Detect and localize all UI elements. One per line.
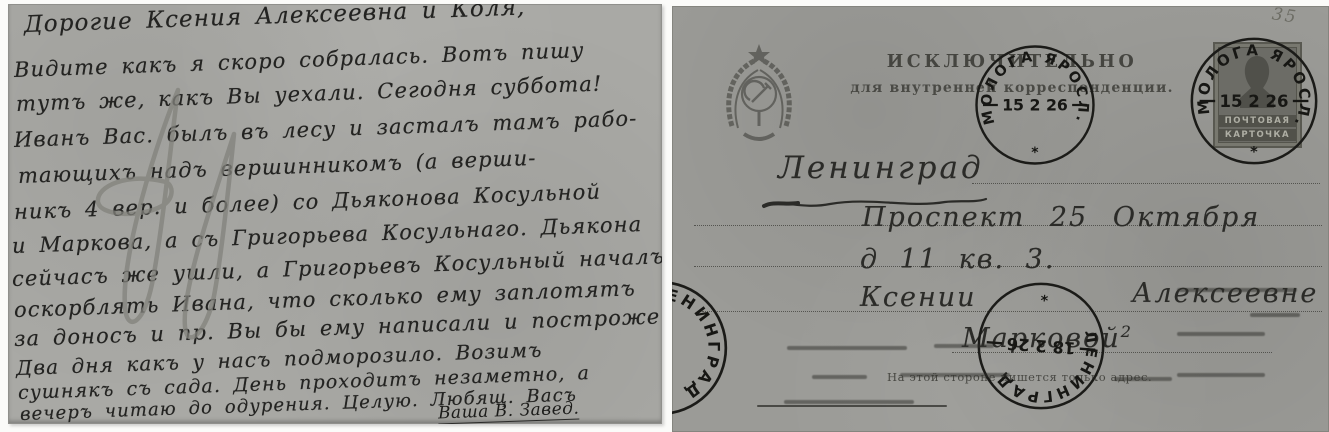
svg-text:*: * xyxy=(1031,145,1038,161)
ink-smudge xyxy=(787,346,907,350)
svg-text:*: * xyxy=(1250,143,1258,160)
scanned-postcard-pair: Дорогие Ксения Алексеевна и Коля, Видите… xyxy=(0,0,1329,432)
address-city: Ленинград xyxy=(778,150,984,186)
ink-smudge xyxy=(1177,288,1297,292)
address-street: Проспект 25 Октября xyxy=(862,202,1260,233)
postmark-leningrad-edge: ЛЕНИНГРАД 18 2 26 xyxy=(672,276,732,420)
ink-smudge xyxy=(1250,313,1300,317)
ussr-coat-of-arms xyxy=(716,42,802,146)
postcard-message-side: Дорогие Ксения Алексеевна и Коля, Видите… xyxy=(8,4,662,424)
letter-line: Дорогие Ксения Алексеевна и Коля, xyxy=(24,4,526,38)
postcard-address-side: ИСКЛЮЧИТЕЛЬНО для внутренней корреспонде… xyxy=(672,6,1329,432)
svg-text:*: * xyxy=(1040,286,1049,304)
ink-smudge xyxy=(1114,377,1172,381)
pencil-corner-number: 35 xyxy=(1271,6,1299,28)
address-rule xyxy=(972,183,1320,184)
ink-smudge xyxy=(757,405,947,407)
ink-smudge xyxy=(784,400,914,404)
ink-smudge xyxy=(812,375,867,379)
ink-smudge xyxy=(1177,373,1265,377)
svg-text:18 2 26: 18 2 26 xyxy=(1006,334,1076,358)
pencil-scribble-mark xyxy=(48,74,268,354)
recipient-first-name: Ксении xyxy=(860,282,977,313)
ink-smudge xyxy=(900,373,1010,377)
ink-smudge xyxy=(934,344,994,348)
ink-smudge xyxy=(1177,332,1265,336)
svg-text:ЛЕНИНГРАД: ЛЕНИНГРАД xyxy=(672,267,741,406)
recipient-mark: 2 xyxy=(1121,322,1133,341)
letter-signature: Ваша В. Завед. xyxy=(438,399,580,424)
recipient-patronymic: Алексеевне xyxy=(1132,278,1318,309)
address-building: д 11 кв. 3. xyxy=(860,244,1055,275)
postmark-mologa-left: МОЛОГА ЯРОСЛ. 15 2 26 * xyxy=(970,40,1100,170)
svg-text:15 2 26: 15 2 26 xyxy=(1002,96,1068,115)
postmark-mologa-right: МОЛОГА ЯРОСЛ. 15 2 26 * xyxy=(1186,33,1322,169)
svg-text:18 2 26: 18 2 26 xyxy=(672,310,675,385)
svg-text:15 2 26: 15 2 26 xyxy=(1220,92,1289,111)
